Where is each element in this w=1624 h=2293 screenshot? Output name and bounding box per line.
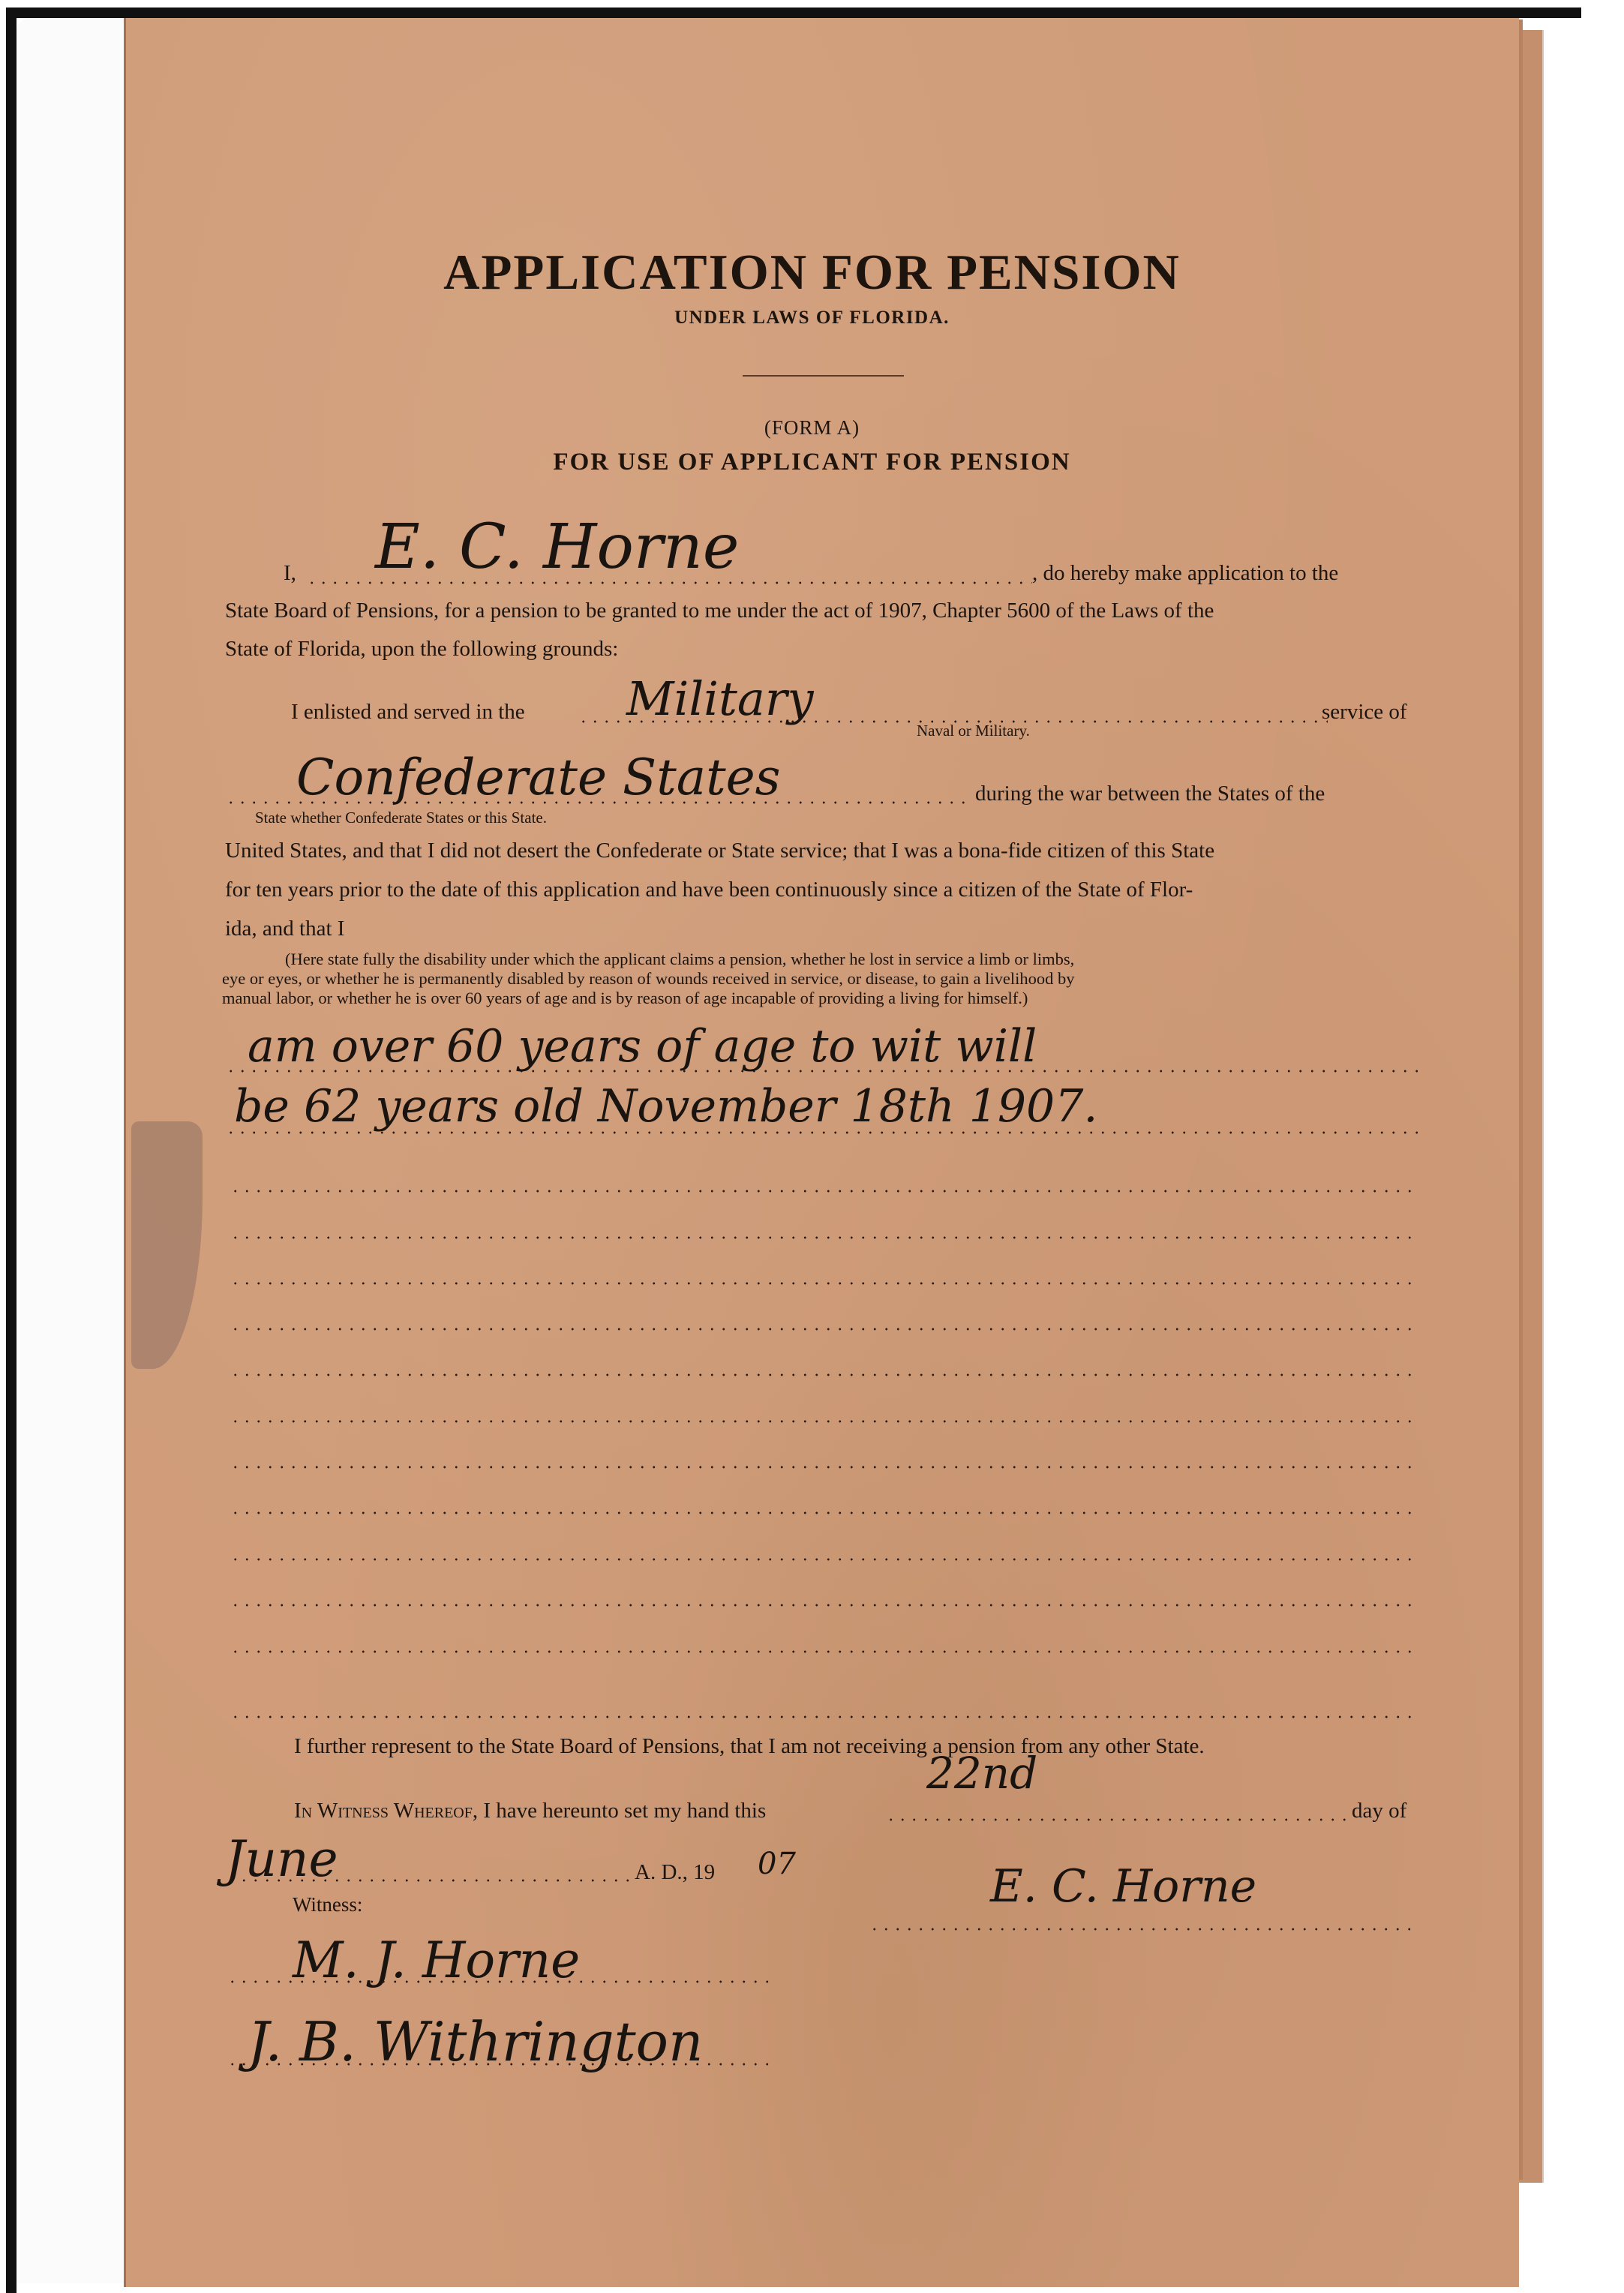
header-separator (743, 375, 904, 377)
intro-prefix: I, (284, 561, 296, 586)
year-label: A. D., 19 (635, 1860, 715, 1885)
day-field-line (885, 1818, 1350, 1821)
witness2-signature-line (227, 2063, 774, 2066)
blank-line-3[interactable] (230, 1190, 1418, 1193)
blank-line-11[interactable] (230, 1558, 1418, 1561)
intro-line3: State of Florida, upon the following gro… (225, 637, 618, 662)
blank-line-10[interactable] (230, 1511, 1418, 1514)
month-field[interactable]: June (225, 1830, 338, 1888)
service-suffix: service of (1322, 700, 1407, 725)
scan-border-left (6, 8, 17, 2293)
document-subtitle: UNDER LAWS OF FLORIDA. (0, 308, 1624, 329)
witness-whereof-label: In Witness Whereof (294, 1799, 473, 1823)
form-purpose: FOR USE OF APPLICANT FOR PENSION (0, 449, 1624, 476)
scan-margin (17, 18, 129, 2283)
state-suffix: during the war between the States of the (975, 782, 1325, 806)
declaration-line3: ida, and that I (225, 917, 344, 941)
applicant-signature-line (869, 1928, 1416, 1931)
witness1-signature-line (227, 1980, 774, 1983)
blank-line-6[interactable] (230, 1328, 1418, 1331)
state-field[interactable]: Confederate States (296, 749, 781, 806)
day-field[interactable]: 22nd (926, 1748, 1037, 1799)
instruction-line1: (Here state fully the disability under w… (285, 950, 1074, 969)
declaration-line2: for ten years prior to the date of this … (225, 878, 1193, 902)
blank-line-4[interactable] (230, 1236, 1418, 1239)
blank-line-5[interactable] (230, 1282, 1418, 1285)
service-prefix: I enlisted and served in the (291, 700, 525, 725)
document-title: APPLICATION FOR PENSION (0, 244, 1624, 302)
applicant-signature[interactable]: E. C. Horne (990, 1860, 1256, 1913)
blank-line-7[interactable] (230, 1373, 1418, 1376)
form-label: (FORM A) (0, 416, 1624, 440)
applicant-name-field[interactable]: E. C. Horne (375, 512, 739, 583)
declaration-line1: United States, and that I did not desert… (225, 839, 1214, 863)
further-statement: I further represent to the State Board o… (294, 1734, 1205, 1759)
disability-field-1[interactable]: am over 60 years of age to wit will (248, 1020, 1037, 1073)
intro-line2: State Board of Pensions, for a pension t… (225, 599, 1214, 623)
instruction-line3: manual labor, or whether he is over 60 y… (222, 989, 1028, 1008)
state-caption: State whether Confederate States or this… (255, 809, 547, 827)
witness-clause-rest: , I have hereunto set my hand this (473, 1799, 766, 1823)
blank-line-9[interactable] (230, 1466, 1418, 1469)
disability-field-2[interactable]: be 62 years old November 18th 1907. (234, 1080, 1097, 1133)
witness-clause-prefix: In Witness Whereof, I have hereunto set … (294, 1799, 766, 1823)
blank-line-13[interactable] (230, 1650, 1418, 1653)
service-caption: Naval or Military. (917, 722, 1030, 740)
service-type-field[interactable]: Military (626, 671, 814, 726)
blank-line-8[interactable] (230, 1420, 1418, 1423)
witness-label: Witness: (293, 1893, 362, 1916)
scan-border-top (6, 8, 1581, 18)
blank-line-14[interactable] (230, 1715, 1418, 1718)
year-field[interactable]: 07 (758, 1847, 796, 1881)
instruction-line2: eye or eyes, or whether he is permanentl… (222, 969, 1075, 989)
blank-line-12[interactable] (230, 1604, 1418, 1607)
day-suffix: day of (1352, 1799, 1406, 1823)
intro-line1-suffix: , do hereby make application to the (1032, 561, 1338, 586)
